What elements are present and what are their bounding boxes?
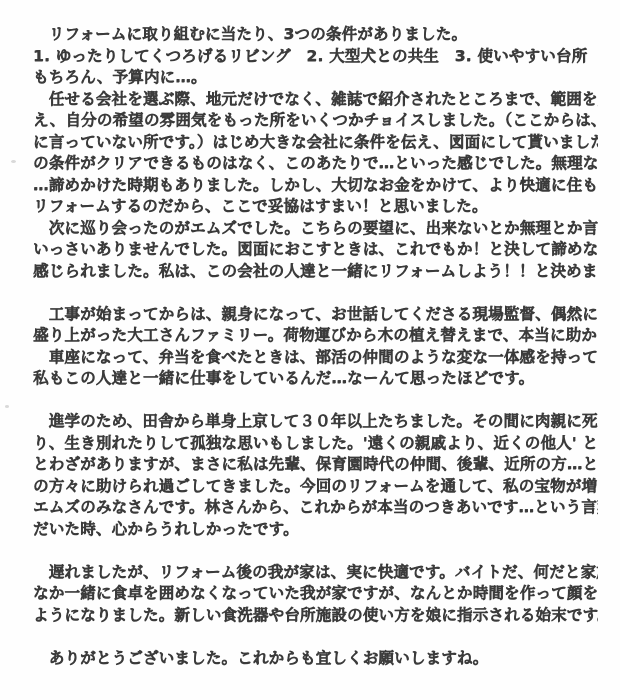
scan-artifact bbox=[11, 160, 16, 163]
text-line: 遅れましたが、リフォーム後の我が家は、実に快適です。バイトだ、何だと家族がなか bbox=[33, 562, 598, 584]
text-line: 工事が始まってからは、親身になって、お世話してくださる現場監督、偶然にも同郷で bbox=[33, 304, 598, 326]
text-line: エムズのみなさんです。林さんから、これからが本当のつきあいです…という言葉をいた bbox=[33, 497, 598, 519]
text-line: リフォームするのだから、ここで妥協はすまい！と思いました。 bbox=[33, 196, 598, 218]
paragraph-block-reflection: 進学のため、田舎から単身上京して３０年以上たちました。その間に肉親に死に別れた … bbox=[33, 411, 598, 540]
text-line: り、生き別れたりして孤独な思いもしました。'遠くの親戚より、近くの他人' という… bbox=[33, 433, 598, 455]
scanned-letter-page: リフォームに取り組むに当たり、3つの条件がありました。 1. ゆったりしてくつろ… bbox=[0, 0, 620, 700]
paragraph-block-conditions: リフォームに取り組むに当たり、3つの条件がありました。 1. ゆったりしてくつろ… bbox=[33, 24, 598, 282]
paragraph-block-thanks: ありがとうございました。これからも宜しくお願いしますね。 bbox=[33, 648, 598, 670]
paragraph-block-construction: 工事が始まってからは、親身になって、お世話してくださる現場監督、偶然にも同郷で … bbox=[33, 304, 598, 390]
text-line-numbered-conditions: 1. ゆったりしてくつろげるリビング 2. 大型犬との共生 3. 使いやすい台所 bbox=[33, 46, 598, 68]
text-line: 感じられました。私は、この会社の人達と一緒にリフォームしよう！！と決めました。 bbox=[33, 261, 598, 283]
text-line: の条件がクリアできるものはなく、このあたりで…といった感じでした。無理なのかなー bbox=[33, 153, 598, 175]
text-line: なか一緒に食卓を囲めなくなっていた我が家ですが、なんとか時間を作って顔を合わせる bbox=[33, 583, 598, 605]
text-line: …諦めかけた時期もありました。しかし、大切なお金をかけて、より快適に住もうとして bbox=[33, 175, 598, 197]
letter-body: リフォームに取り組むに当たり、3つの条件がありました。 1. ゆったりしてくつろ… bbox=[33, 24, 598, 669]
text-line: 私もこの人達と一緒に仕事をしているんだ…なーんて思ったほどです。 bbox=[33, 368, 598, 390]
text-line: 車座になって、弁当を食べたときは、部活の仲間のような変な一体感を持ってしまい、 bbox=[33, 347, 598, 369]
text-line: ありがとうございました。これからも宜しくお願いしますね。 bbox=[33, 648, 598, 670]
text-line: もちろん、予算内に…。 bbox=[33, 67, 598, 89]
paragraph-block-after-reform: 遅れましたが、リフォーム後の我が家は、実に快適です。バイトだ、何だと家族がなか … bbox=[33, 562, 598, 627]
text-line: の方々に助けられ過ごしてきました。今回のリフォームを通して、私の宝物が増えました… bbox=[33, 476, 598, 498]
text-line: いっさいありませんでした。図面におこすときは、これでもか！と決して諦めない意志が bbox=[33, 239, 598, 261]
text-line: ようになりました。新しい食洗器や台所施設の使い方を娘に指示される始末です。 bbox=[33, 605, 598, 627]
text-line: に言っていない所です。）はじめ大きな会社に条件を伝え、図面にして貰いました。3つ bbox=[33, 132, 598, 154]
text-line: 次に巡り会ったのがエムズでした。こちらの要望に、出来ないとか無理とか言う言葉は、 bbox=[33, 218, 598, 240]
text-line: リフォームに取り組むに当たり、3つの条件がありました。 bbox=[33, 24, 598, 46]
text-line: え、自分の希望の雰囲気をもった所をいくつかチョイスしました。（ここからは、林さん bbox=[33, 110, 598, 132]
text-line: とわざがありますが、まさに私は先輩、保育園時代の仲間、後輩、近所の方…と肉親以上 bbox=[33, 454, 598, 476]
text-line: 任せる会社を選ぶ際、地元だけでなく、雑誌で紹介されたところまで、範囲を広げて考 bbox=[33, 89, 598, 111]
scan-artifact bbox=[5, 405, 9, 408]
text-line: 盛り上がった大工さんファミリー。荷物運びから木の植え替えまで、本当に助かりました… bbox=[33, 325, 598, 347]
text-line: 進学のため、田舎から単身上京して３０年以上たちました。その間に肉親に死に別れた bbox=[33, 411, 598, 433]
text-line: だいた時、心からうれしかったです。 bbox=[33, 519, 598, 541]
